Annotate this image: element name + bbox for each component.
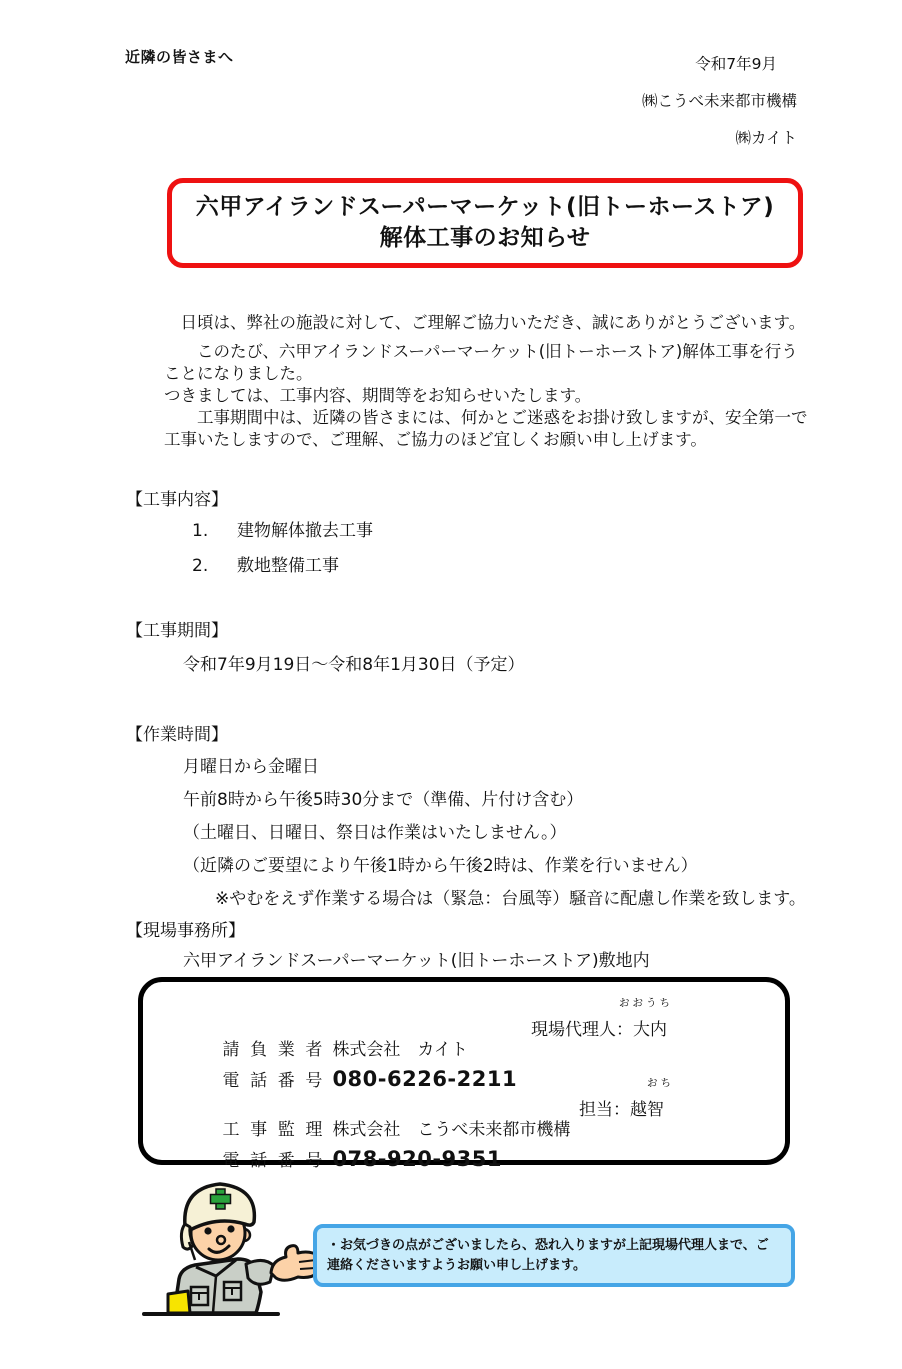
work-item-1: 1.建物解体撤去工事 — [192, 516, 373, 541]
intro-line: 日頃は、弊社の施設に対して、ご理解ご協力いただき、誠にありがとうございます。 — [164, 312, 808, 334]
note-text: ・お気づきの点がございましたら、恐れ入りますが上記現場代理人まで、ご連絡ください… — [327, 1238, 769, 1273]
work-item-1-number: 1. — [192, 521, 237, 541]
contact-box: おおうち 請負業者株式会社 カイト 現場代理人：大内 電話番号080-6226-… — [138, 977, 790, 1165]
supervisor-agent-name: 担当：越智 — [579, 1095, 664, 1120]
intro-line: つきましては、工事内容、期間等をお知らせいたします。 — [164, 385, 808, 407]
work-item-2: 2.敷地整備工事 — [192, 551, 339, 576]
intro-line: ことになりました。 — [164, 363, 808, 385]
work-item-2-text: 敷地整備工事 — [237, 556, 339, 576]
site-office-location: 六甲アイランドスーパーマーケット(旧トーホーストア)敷地内 — [183, 946, 650, 971]
intro-line: 工事期間中は、近隣の皆さまには、何かとご迷惑をお掛け致しますが、安全第一で — [164, 407, 808, 429]
intro-line: 工事いたしますので、ご理解、ご協力のほど宜しくお願い申し上げます。 — [164, 429, 808, 451]
intro-line: このたび、六甲アイランドスーパーマーケット(旧トーホーストア)解体工事を行う — [164, 341, 808, 363]
supervisor-furigana: おち — [647, 1075, 674, 1090]
work-item-1-text: 建物解体撤去工事 — [237, 521, 373, 541]
work-item-2-number: 2. — [192, 556, 237, 576]
work-hours-line: 午前8時から午後5時30分まで（準備、片付け含む） — [183, 785, 583, 810]
agent-furigana: おおうち — [619, 995, 673, 1010]
title-box: 六甲アイランドスーパーマーケット(旧トーホーストア) 解体工事のお知らせ — [167, 178, 803, 268]
section-heading-work-hours: 【作業時間】 — [126, 720, 228, 745]
site-agent-name: 現場代理人：大内 — [531, 1015, 667, 1040]
recipient-line: 近隣の皆さまへ — [125, 46, 234, 67]
note-box: ・お気づきの点がございましたら、恐れ入りますが上記現場代理人まで、ご連絡ください… — [313, 1224, 795, 1287]
intro-paragraph: 日頃は、弊社の施設に対して、ご理解ご協力いただき、誠にありがとうございます。 こ… — [164, 312, 808, 451]
phone-label: 電話番号 — [222, 1146, 322, 1171]
section-heading-work-content: 【工事内容】 — [126, 485, 228, 510]
work-hours-note: ※やむをえず作業する場合は（緊急：台風等）騒音に配慮し作業を致します。 — [215, 884, 806, 909]
work-hours-line: （近隣のご要望により午後1時から午後2時は、作業を行いません） — [183, 851, 698, 876]
phone-label: 電話番号 — [222, 1066, 322, 1091]
work-period-value: 令和7年9月19日～令和8年1月30日（予定） — [183, 650, 525, 675]
section-heading-work-period: 【工事期間】 — [126, 616, 228, 641]
work-hours-line: 月曜日から金曜日 — [183, 752, 319, 777]
title-line-2: 解体工事のお知らせ — [172, 223, 798, 254]
company-name-1: ㈱こうべ未来都市機構 — [642, 83, 797, 120]
construction-worker-illustration — [138, 1172, 336, 1320]
issue-date: 令和7年9月 — [642, 46, 797, 83]
title-line-1: 六甲アイランドスーパーマーケット(旧トーホーストア) — [172, 192, 798, 223]
flyer-page: 近隣の皆さまへ 令和7年9月 ㈱こうべ未来都市機構 ㈱カイト 六甲アイランドスー… — [0, 0, 902, 1369]
supervisor-phone-number: 078-920-9351 — [332, 1147, 502, 1171]
company-name-2: ㈱カイト — [642, 120, 797, 157]
contractor-phone-number: 080-6226-2211 — [332, 1067, 517, 1091]
section-heading-site-office: 【現場事務所】 — [126, 916, 245, 941]
header-right-block: 令和7年9月 ㈱こうべ未来都市機構 ㈱カイト — [642, 46, 797, 157]
work-hours-line: （土曜日、日曜日、祭日は作業はいたしません。） — [183, 818, 567, 843]
